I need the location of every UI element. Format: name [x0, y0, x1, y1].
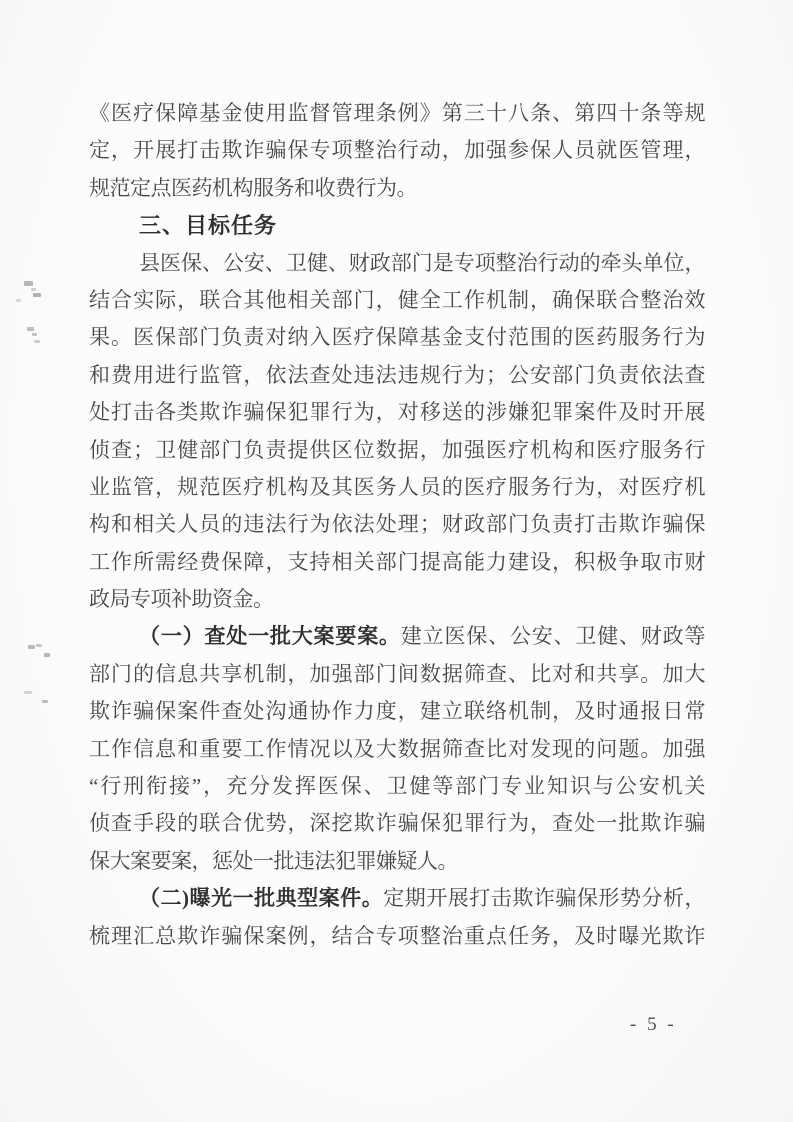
scan-speck: [24, 691, 32, 694]
text-line: （二)曝光一批典型案件。定期开展打击欺诈骗保形势分析，: [89, 880, 705, 917]
document-body: 《医疗保障基金使用监督管理条例》第三十八条、第四十条等规 定，开展打击欺诈骗保专…: [89, 95, 705, 955]
scan-speck: [16, 299, 21, 302]
text-line: 和费用进行监管，依法查处违法违规行为；公安部门负责依法查: [89, 357, 705, 394]
text-line: 规范定点医药机构服务和收费行为。: [89, 170, 705, 207]
text-line: 果。医保部门负责对纳入医疗保障基金支付范围的医药服务行为: [89, 319, 705, 356]
text-line: 梳理汇总欺诈骗保案例，结合专项整治重点任务，及时曝光欺诈: [89, 918, 705, 955]
text-line: （一）查处一批大案要案。建立医保、公安、卫健、财政等: [89, 618, 705, 655]
scan-speck: [32, 333, 37, 336]
paragraph-bold-lead: （二)曝光一批典型案件。: [139, 886, 383, 910]
text-line: 工作所需经费保障，支持相关部门提高能力建设，积极争取市财: [89, 544, 705, 581]
scanned-document-page: 《医疗保障基金使用监督管理条例》第三十八条、第四十条等规 定，开展打击欺诈骗保专…: [0, 0, 793, 1122]
text-line: 侦查；卫健部门负责提供区位数据，加强医疗机构和医疗服务行: [89, 432, 705, 469]
scan-speck: [34, 340, 40, 343]
scan-speck: [33, 293, 41, 297]
scan-speck: [44, 653, 50, 657]
section-heading: 三、目标任务: [89, 207, 705, 244]
scan-speck: [27, 327, 34, 331]
text-line: 构和相关人员的违法行为依法处理；财政部门负责打击欺诈骗保: [89, 506, 705, 543]
text-line: 结合实际，联合其他相关部门，健全工作机制，确保联合整治效: [89, 282, 705, 319]
text-line: 保大案要案，惩处一批违法犯罪嫌疑人。: [89, 843, 705, 880]
text-line: 处打击各类欺诈骗保犯罪行为，对移送的涉嫌犯罪案件及时开展: [89, 394, 705, 431]
paragraph-bold-lead: （一）查处一批大案要案。: [139, 624, 401, 648]
text-line: 侦查手段的联合优势，深挖欺诈骗保犯罪行为，查处一批欺诈骗: [89, 805, 705, 842]
text-line: 《医疗保障基金使用监督管理条例》第三十八条、第四十条等规: [89, 95, 705, 132]
text-line: 定，开展打击欺诈骗保专项整治行动，加强参保人员就医管理，: [89, 132, 705, 169]
scan-speck: [31, 288, 36, 291]
text-line: 工作信息和重要工作情况以及大数据筛查比对发现的问题。加强: [89, 731, 705, 768]
text-line: 部门的信息共享机制，加强部门间数据筛查、比对和共享。加大: [89, 656, 705, 693]
text-line: “行刑衔接”，充分发挥医保、卫健等部门专业知识与公安机关: [89, 768, 705, 805]
text-line: 业监管，规范医疗机构及其医务人员的医疗服务行为，对医疗机: [89, 469, 705, 506]
scan-speck: [36, 644, 42, 647]
text-line: 政局专项补助资金。: [89, 581, 705, 618]
line-text: 建立医保、公安、卫健、财政等: [401, 624, 705, 648]
text-line: 欺诈骗保案件查处沟通协作力度，建立联络机制，及时通报日常: [89, 693, 705, 730]
scan-speck: [42, 700, 48, 703]
line-text: 定期开展打击欺诈骗保形势分析，: [383, 886, 705, 910]
page-number: - 5 -: [630, 1014, 677, 1036]
scan-speck: [24, 281, 33, 286]
text-line: 县医保、公安、卫健、财政部门是专项整治行动的牵头单位，: [89, 245, 705, 282]
scan-speck: [28, 645, 35, 649]
